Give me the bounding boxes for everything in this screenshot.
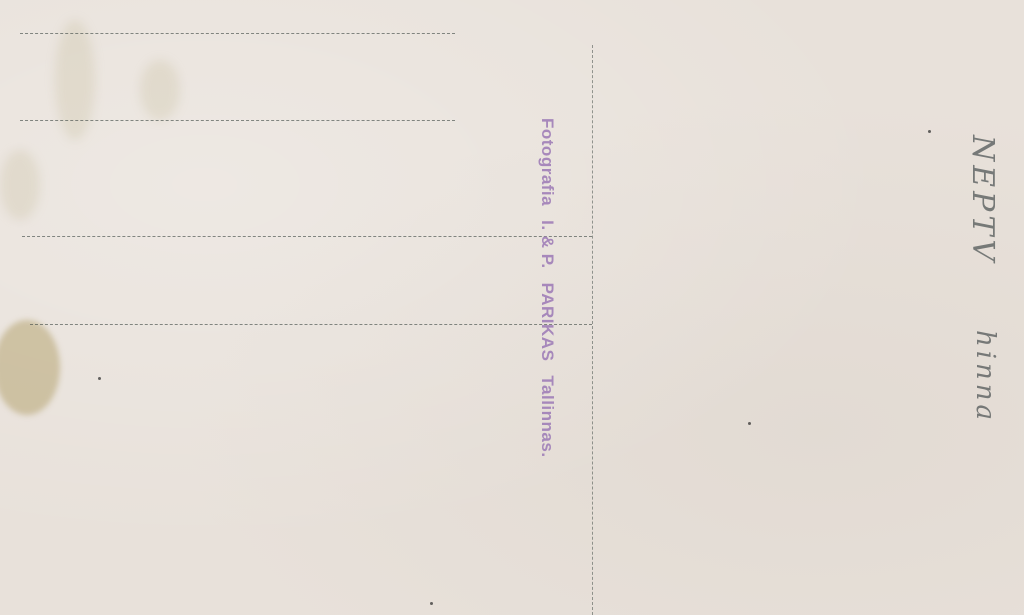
speck [98,377,101,380]
postcard-back: FotografiaI. & P.PARIKASTallinnas. NEPTV… [0,0,1024,615]
writing-line-1 [20,33,455,34]
stamp-city: Tallinnas. [537,375,557,457]
speck [748,422,751,425]
faint-stain [140,60,180,120]
stamp-word: Fotografia [537,118,557,206]
writing-line-3 [22,236,592,237]
faint-stain [55,20,95,140]
center-divider [592,45,593,615]
water-stain [0,320,60,415]
photographer-stamp: FotografiaI. & P.PARIKASTallinnas. [537,118,557,472]
speck [928,130,931,133]
speck [430,602,433,605]
stamp-name: PARIKAS [537,283,557,362]
writing-line-4 [30,324,592,325]
faint-stain [0,150,40,220]
writing-line-2 [20,120,455,121]
pencil-note-1: NEPTV [965,135,1000,265]
pencil-note-2: hinna [970,330,1000,424]
stamp-initials: I. & P. [537,220,557,269]
